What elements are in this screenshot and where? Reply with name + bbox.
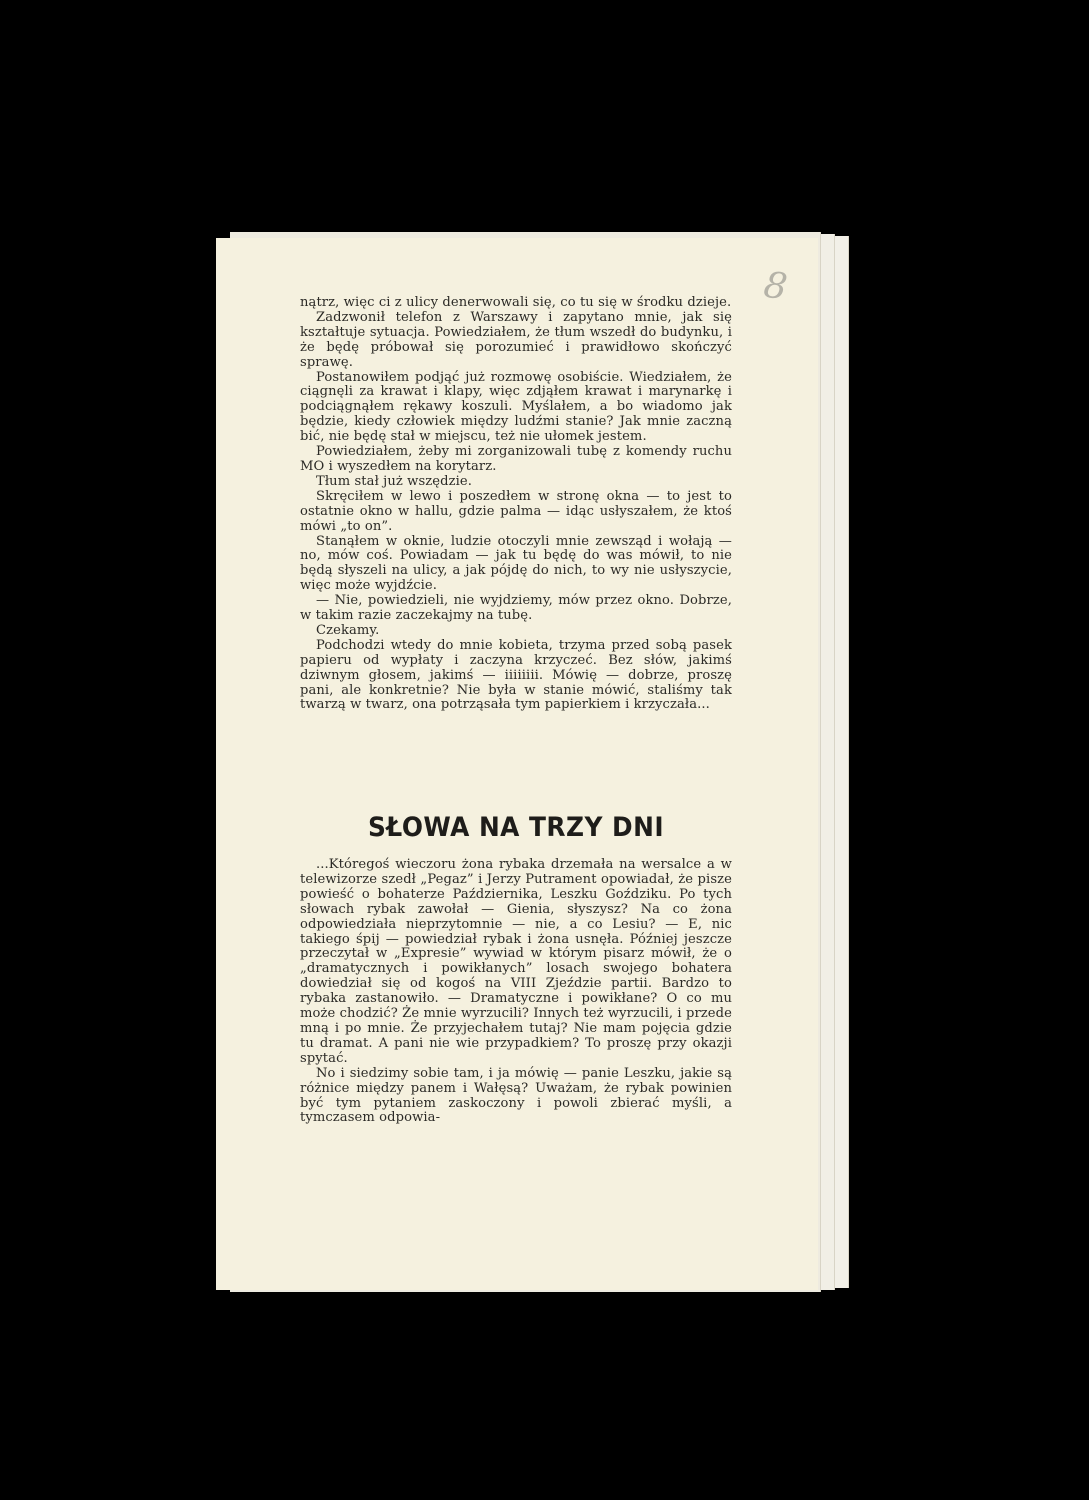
text-section-1: nątrz, więc ci z ulicy denerwowali się, … (300, 296, 732, 713)
section-heading: SŁOWA NA TRZY DNI (317, 812, 714, 843)
paragraph: — Nie, powiedzieli, nie wyjdziemy, mów p… (300, 594, 732, 624)
paragraph: ...Któregoś wieczoru żona rybaka drzemał… (300, 858, 732, 1067)
paragraph: Powiedziałem, żeby mi zorganizowali tubę… (300, 445, 732, 475)
paragraph: Czekamy. (300, 624, 732, 639)
paragraph: nątrz, więc ci z ulicy denerwowali się, … (300, 296, 732, 311)
document-page: 8 nątrz, więc ci z ulicy denerwowali się… (216, 238, 818, 1290)
paragraph: No i siedzimy sobie tam, i ja mówię — pa… (300, 1067, 732, 1127)
text-section-2: ...Któregoś wieczoru żona rybaka drzemał… (300, 858, 732, 1126)
paragraph: Tłum stał już wszędzie. (300, 475, 732, 490)
handwritten-page-number: 8 (761, 265, 789, 309)
paragraph: Skręciłem w lewo i poszedłem w stronę ok… (300, 490, 732, 535)
paragraph: Postanowiłem podjąć już rozmowę osobiści… (300, 371, 732, 446)
paragraph: Podchodzi wtedy do mnie kobieta, trzyma … (300, 639, 732, 714)
paragraph: Stanąłem w oknie, ludzie otoczyli mnie z… (300, 535, 732, 595)
paragraph: Zadzwonił telefon z Warszawy i zapytano … (300, 311, 732, 371)
